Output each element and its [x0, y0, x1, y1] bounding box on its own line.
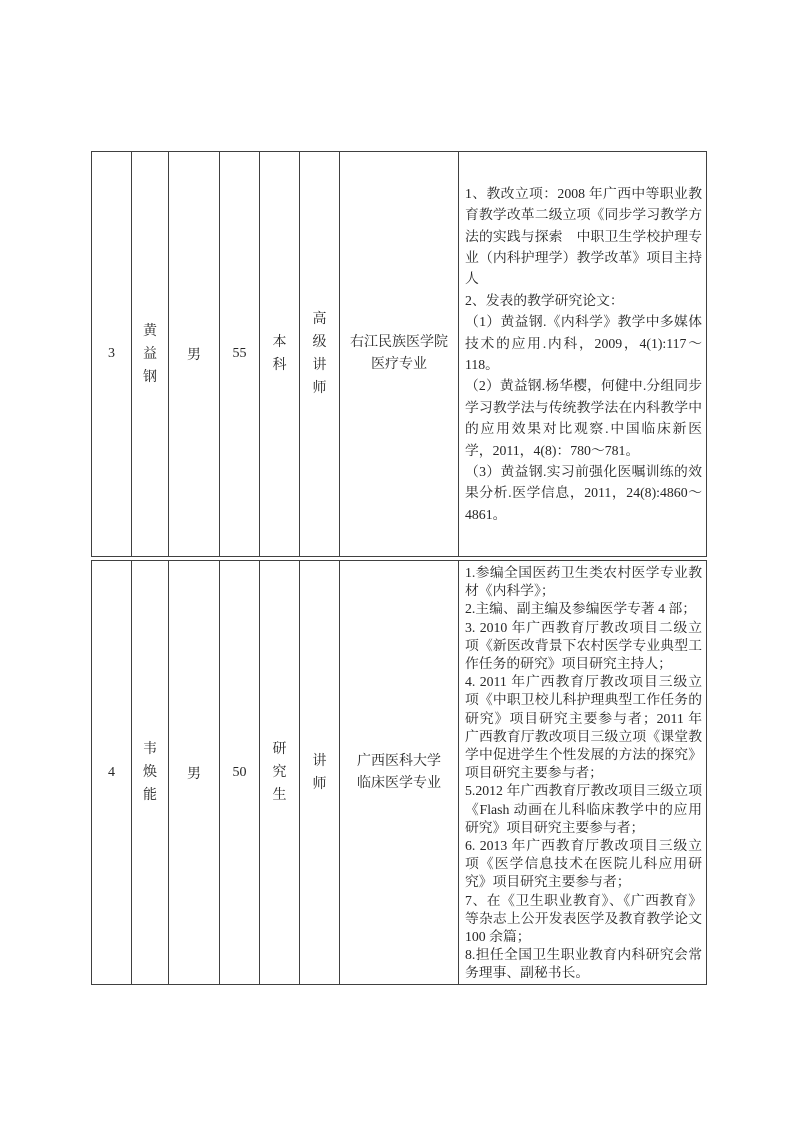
cell-name: 黄益钢	[132, 152, 169, 556]
gender-value: 男	[187, 344, 201, 364]
school-name: 广西医科大学	[357, 751, 441, 773]
achievement-item: 4. 2011 年广西教育厅教改项目三级立项《中职卫校儿科护理典型工作任务的研究…	[465, 673, 702, 782]
cell-achievements: 1、教改立项：2008 年广西中等职业教育教学改革二级立项《同步学习教学方法的实…	[459, 152, 706, 556]
age-value: 50	[233, 765, 247, 781]
person-name: 韦焕能	[142, 738, 158, 807]
age-value: 55	[233, 346, 247, 362]
cell-age: 50	[220, 561, 260, 984]
cell-name: 韦焕能	[132, 561, 169, 984]
achievement-item: 1、教改立项：2008 年广西中等职业教育教学改革二级立项《同步学习教学方法的实…	[465, 183, 702, 290]
cell-age: 55	[220, 152, 260, 556]
title-value: 高级讲师	[312, 308, 328, 400]
education-value: 本科	[272, 331, 288, 377]
achievement-item: 5.2012 年广西教育厅教改项目三级立项《Flash 动画在儿科临床教学中的应…	[465, 782, 702, 837]
row-number: 4	[108, 765, 115, 781]
faculty-table: 3 黄益钢 男 55 本科 高级讲师 右江民族医学院 医疗专业	[91, 151, 707, 985]
achievement-item: 2、发表的教学研究论文：	[465, 290, 702, 311]
person-name: 黄益钢	[142, 320, 158, 389]
achievement-item: 3. 2010 年广西教育厅教改项目二级立项《新医改背景下农村医学专业典型工作任…	[465, 619, 702, 674]
cell-education: 研究生	[260, 561, 300, 984]
document-page: 3 黄益钢 男 55 本科 高级讲师 右江民族医学院 医疗专业	[0, 0, 794, 1123]
gender-value: 男	[187, 763, 201, 783]
achievements-text: 1.参编全国医药卫生类农村医学专业教材《内科学》； 2.主编、副主编及参编医学专…	[465, 564, 702, 983]
cell-gender: 男	[169, 152, 220, 556]
major-name: 医疗专业	[350, 354, 448, 376]
table-row: 4 韦焕能 男 50 研究生 讲师 广西医科大学 临床医学专业	[91, 560, 707, 985]
cell-school: 右江民族医学院 医疗专业	[340, 152, 459, 556]
achievement-item: （2）黄益钢.杨华樱，何健中.分组同步学习教学法与传统教学法在内科教学中的应用效…	[465, 375, 702, 461]
major-name: 临床医学专业	[357, 773, 441, 795]
achievement-item: 1.参编全国医药卫生类农村医学专业教材《内科学》；	[465, 564, 702, 600]
achievement-item: （3）黄益钢.实习前强化医嘱训练的效果分析.医学信息，2011，24(8):48…	[465, 461, 702, 525]
table-row: 3 黄益钢 男 55 本科 高级讲师 右江民族医学院 医疗专业	[91, 151, 707, 557]
cell-title: 讲师	[300, 561, 340, 984]
cell-title: 高级讲师	[300, 152, 340, 556]
education-value: 研究生	[272, 738, 288, 807]
cell-gender: 男	[169, 561, 220, 984]
achievement-item: （1）黄益钢.《内科学》教学中多媒体技术的应用.内科，2009，4(1):117…	[465, 311, 702, 375]
achievements-text: 1、教改立项：2008 年广西中等职业教育教学改革二级立项《同步学习教学方法的实…	[465, 183, 702, 526]
title-value: 讲师	[312, 750, 328, 796]
cell-education: 本科	[260, 152, 300, 556]
achievement-item: 7、在《卫生职业教育》、《广西教育》等杂志上公开发表医学及教育教学论文 100 …	[465, 892, 702, 947]
row-number: 3	[108, 346, 115, 362]
school-major: 广西医科大学 临床医学专业	[357, 751, 441, 795]
cell-row-number: 4	[92, 561, 132, 984]
achievement-item: 2.主编、副主编及参编医学专著 4 部；	[465, 600, 702, 618]
school-major: 右江民族医学院 医疗专业	[350, 332, 448, 376]
achievement-item: 6. 2013 年广西教育厅教改项目三级立项《医学信息技术在医院儿科应用研究》项…	[465, 837, 702, 892]
cell-school: 广西医科大学 临床医学专业	[340, 561, 459, 984]
achievement-item: 8.担任全国卫生职业教育内科研究会常务理事、副秘书长。	[465, 946, 702, 982]
cell-row-number: 3	[92, 152, 132, 556]
cell-achievements: 1.参编全国医药卫生类农村医学专业教材《内科学》； 2.主编、副主编及参编医学专…	[459, 561, 706, 984]
school-name: 右江民族医学院	[350, 332, 448, 354]
